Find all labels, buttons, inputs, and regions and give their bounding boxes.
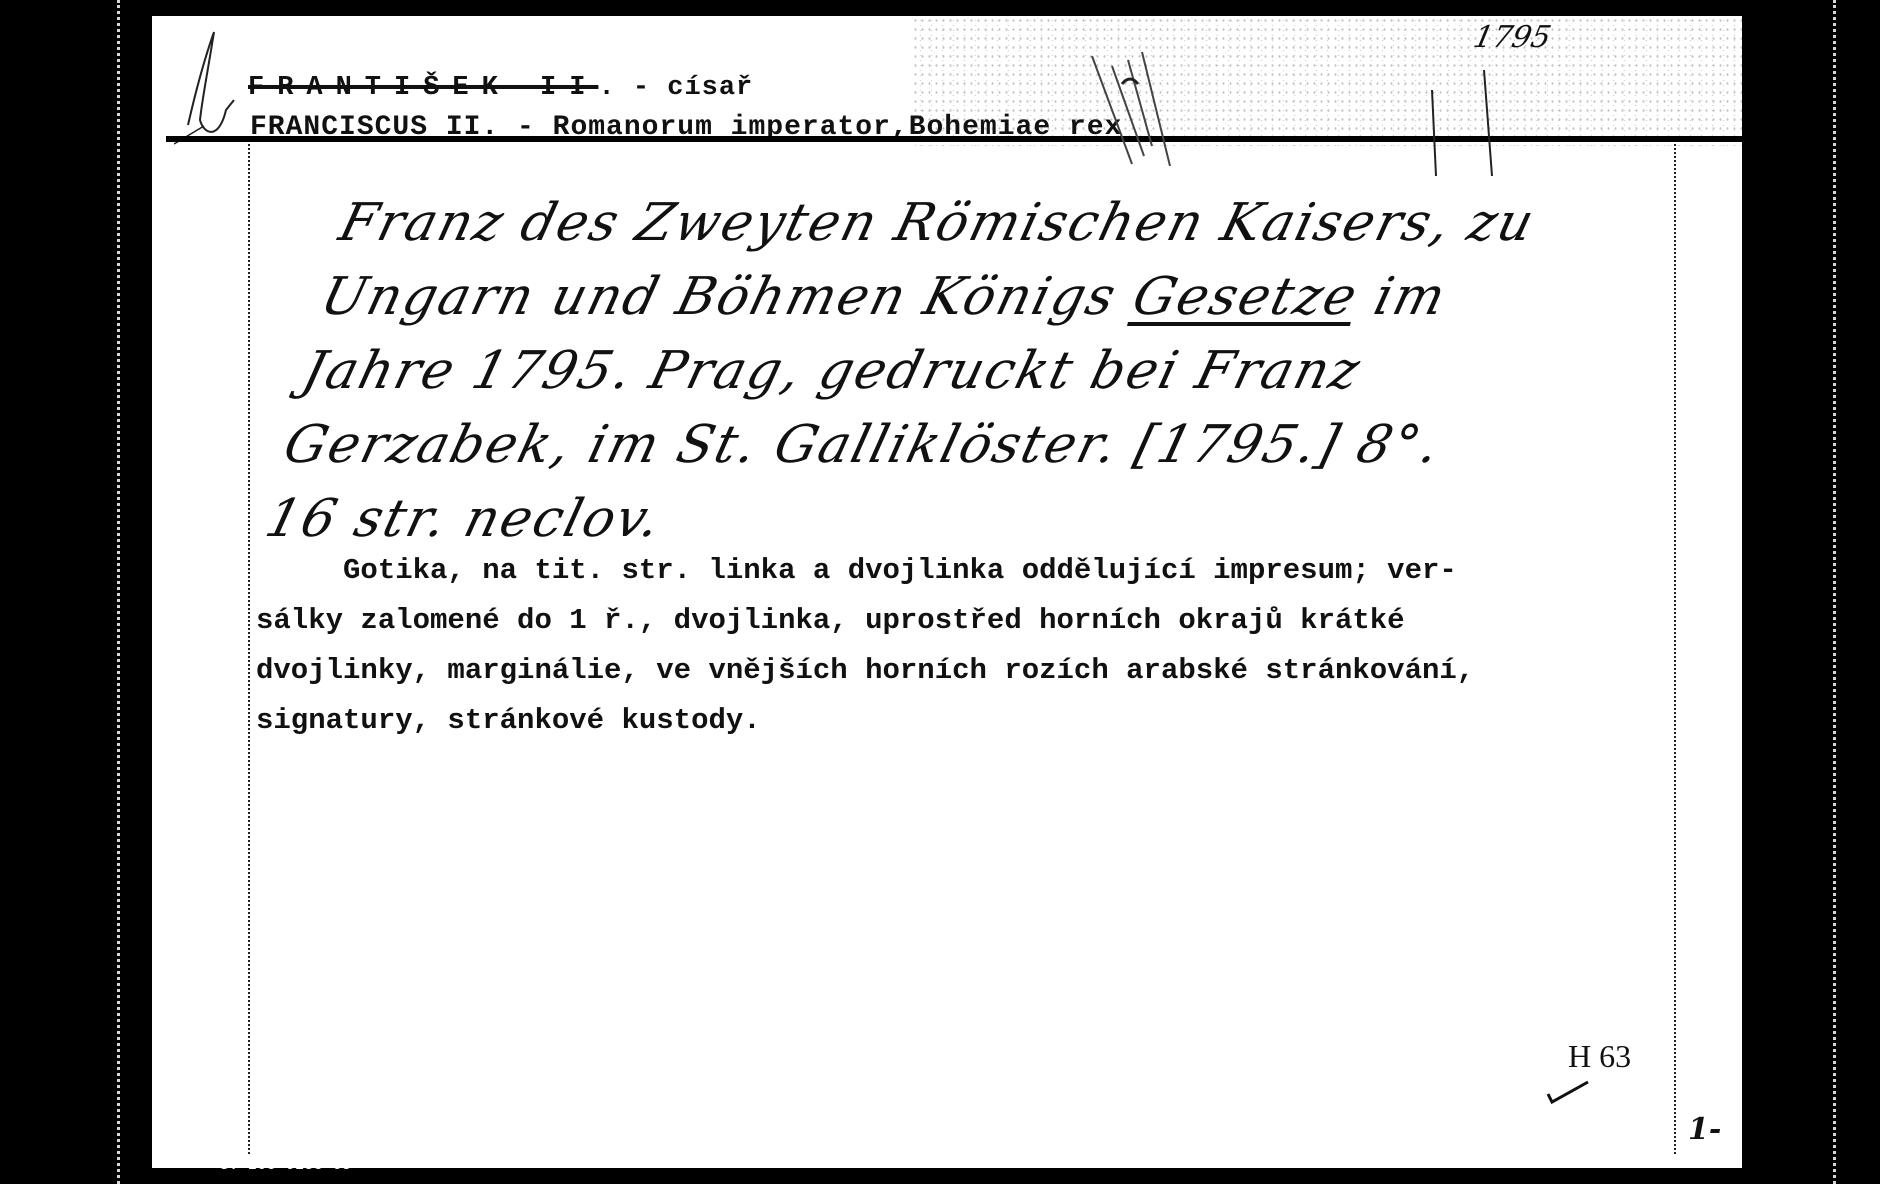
annotation-pencil-lines [1422, 56, 1542, 176]
film-strip-right-perforation [1833, 0, 1836, 1184]
heading-czech-name: FRANTIŠEK II. - císař [248, 73, 753, 103]
handwritten-title-entry: Franz des Zweyten Römischen Kaisers, zu … [258, 186, 1700, 556]
handwritten-line-part: Ungarn und Böhmen Königs [315, 267, 1142, 327]
underlined-word: Gesetze [1127, 267, 1365, 327]
description-line: sálky zalomené do 1 ř., dvojlinka, upros… [256, 596, 1676, 646]
struck-name: FRANTIŠEK II [248, 73, 598, 103]
handwritten-line: 16 str. neclov. [258, 482, 1626, 556]
annotation-year: 1795 [1470, 20, 1554, 55]
handwritten-line: Gerzabek, im St. Galliklöster. [1795.] 8… [276, 408, 1644, 482]
catalog-card: FRANTIŠEK II. - císař FRANCISCUS II. - R… [152, 16, 1742, 1168]
typed-description: Gotika, na tit. str. linka a dvojlinka o… [256, 546, 1676, 746]
handwritten-line: Jahre 1795. Prag, gedruckt bei Franz [295, 334, 1663, 408]
description-line: dvojlinky, marginálie, ve vnějších horní… [256, 646, 1676, 696]
description-line: signatury, stránkové kustody. [256, 696, 1676, 746]
pencil-arrow-icon [1544, 1078, 1594, 1108]
microfilm-frame-code: ST 208-6138-63 [220, 1158, 352, 1174]
film-strip-left-perforation [117, 0, 120, 1184]
description-line: Gotika, na tit. str. linka a dvojlinka o… [256, 546, 1676, 596]
handwritten-line: Ungarn und Böhmen Königs Gesetze im [313, 260, 1681, 334]
left-margin-rule [248, 144, 250, 1154]
heading-czech-suffix: . - císař [598, 73, 753, 103]
shelf-mark: H 63 [1568, 1038, 1631, 1075]
annotation-scribble [1052, 46, 1212, 166]
card-page-number: 1- [1688, 1112, 1721, 1147]
handwritten-line: Franz des Zweyten Römischen Kaisers, zu [332, 186, 1700, 260]
handwritten-line-part: im [1350, 267, 1453, 327]
